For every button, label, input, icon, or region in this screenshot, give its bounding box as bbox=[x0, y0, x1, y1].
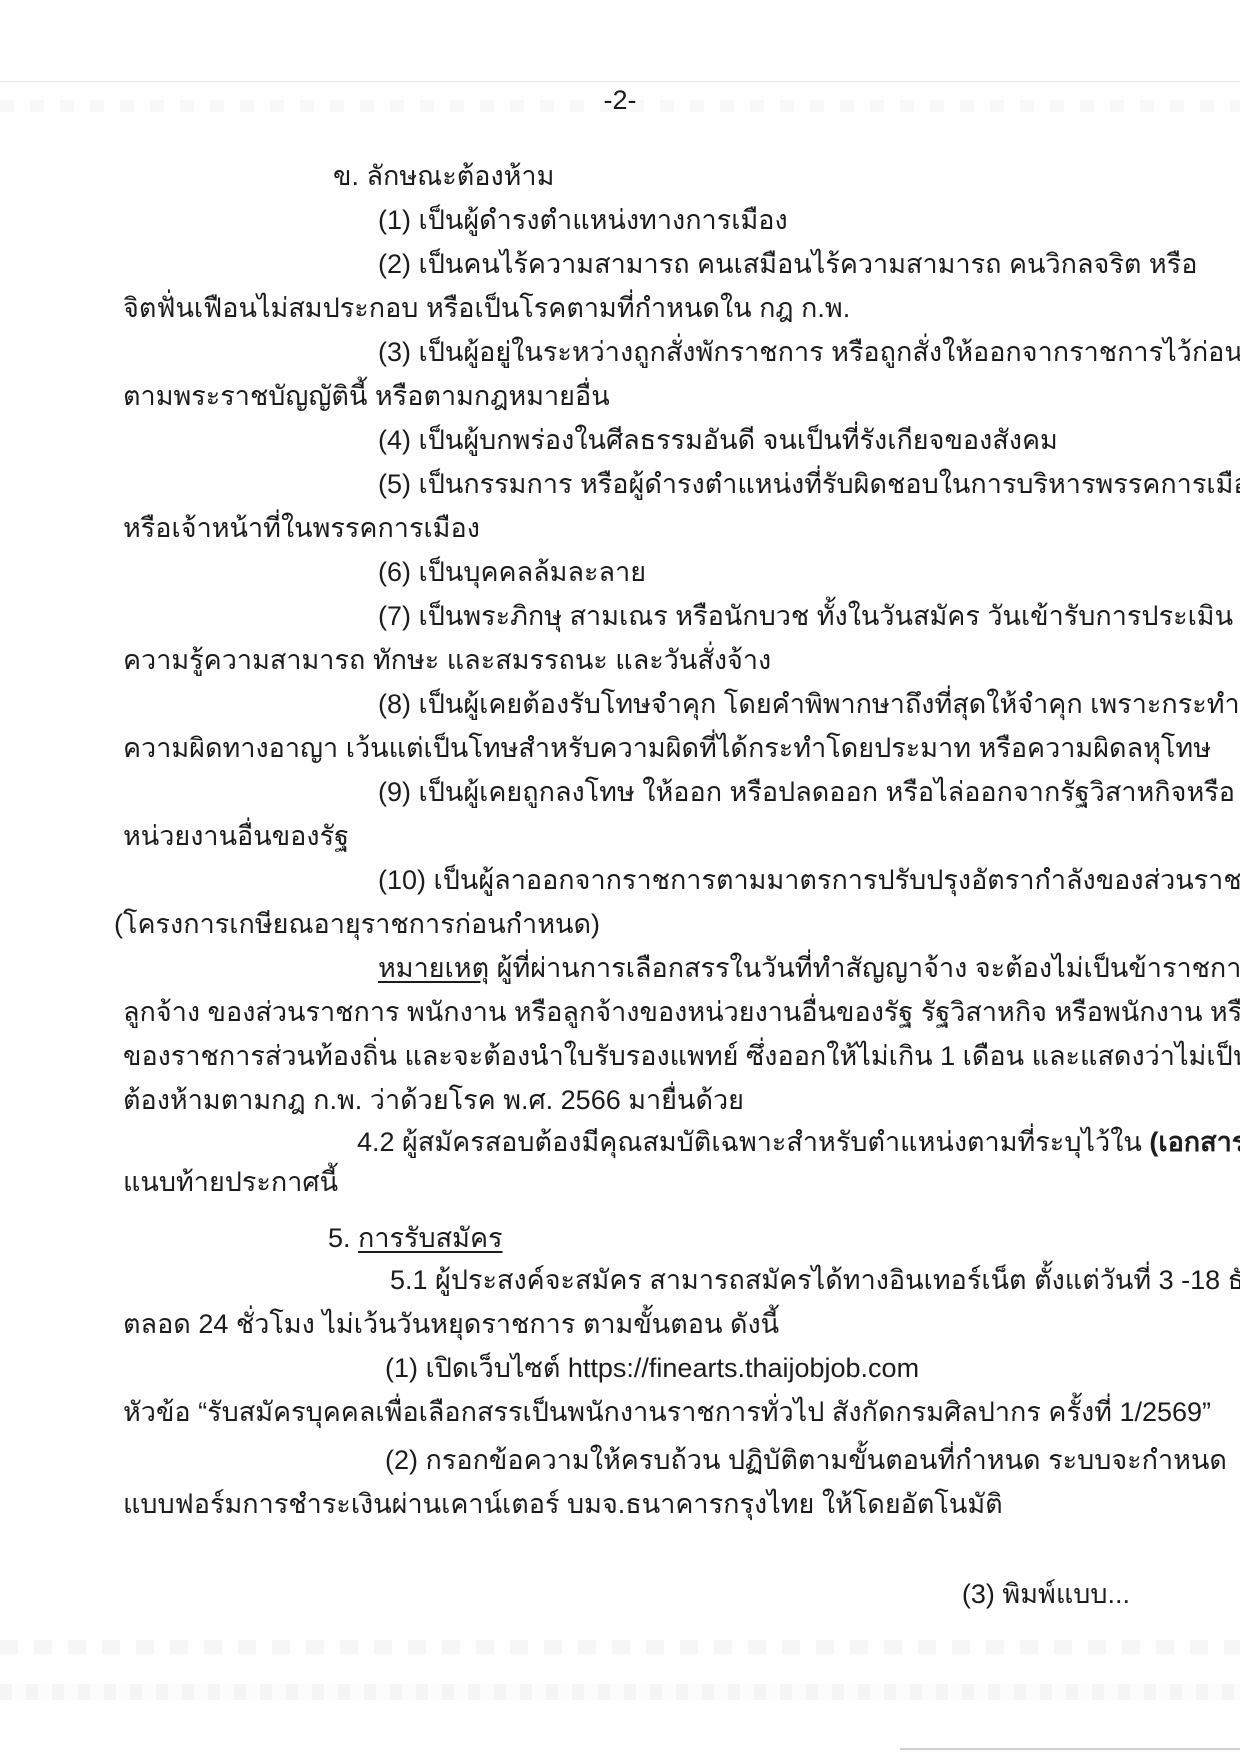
section-5-heading: 5. การรับสมัคร bbox=[328, 1222, 503, 1256]
clause-4-2-attachment-ref: (เอกสารหมายเลข 1) bbox=[1149, 1127, 1240, 1157]
prohibited-item-10-line-1: (10) เป็นผู้ลาออกจากราชการตามมาตรการปรับ… bbox=[378, 864, 1240, 898]
scan-artifact-bottom-noise bbox=[0, 1684, 1240, 1700]
note-line-2: ลูกจ้าง ของส่วนราชการ พนักงาน หรือลูกจ้า… bbox=[123, 996, 1240, 1030]
catchword-next-page: (3) พิมพ์แบบ... bbox=[962, 1578, 1130, 1612]
prohibited-item-4: (4) เป็นผู้บกพร่องในศีลธรรมอันดี จนเป็นท… bbox=[378, 424, 1058, 458]
clause-4-2-text: 4.2 ผู้สมัครสอบต้องมีคุณสมบัติเฉพาะสำหรั… bbox=[357, 1127, 1149, 1157]
clause-5-1-line-1: 5.1 ผู้ประสงค์จะสมัคร สามารถสมัครได้ทางอ… bbox=[390, 1264, 1240, 1298]
prohibited-item-7-line-1: (7) เป็นพระภิกษุ สามเณร หรือนักบวช ทั้งใ… bbox=[378, 600, 1233, 634]
prohibited-item-9-line-2: หน่วยงานอื่นของรัฐ bbox=[123, 820, 349, 854]
clause-4-2-line-1: 4.2 ผู้สมัครสอบต้องมีคุณสมบัติเฉพาะสำหรั… bbox=[357, 1126, 1240, 1160]
prohibited-item-1: (1) เป็นผู้ดำรงตำแหน่งทางการเมือง bbox=[378, 204, 788, 238]
clause-5-1-line-2: ตลอด 24 ชั่วโมง ไม่เว้นวันหยุดราชการ ตาม… bbox=[123, 1308, 779, 1342]
prohibited-item-7-line-2: ความรู้ความสามารถ ทักษะ และสมรรถนะ และวั… bbox=[123, 644, 771, 678]
scan-artifact-bottom-rule bbox=[900, 1748, 1240, 1750]
scan-artifact-top-rule bbox=[0, 81, 1240, 82]
prohibited-item-5-line-2: หรือเจ้าหน้าที่ในพรรคการเมือง bbox=[123, 512, 480, 546]
scan-artifact-bottom-noise bbox=[0, 1640, 1240, 1654]
prohibited-item-2-line-1: (2) เป็นคนไร้ความสามารถ คนเสมือนไร้ความส… bbox=[378, 248, 1197, 282]
note-label: หมายเหตุ bbox=[378, 953, 489, 983]
section-b-heading: ข. ลักษณะต้องห้าม bbox=[333, 160, 554, 194]
application-step-1-line-1: (1) เปิดเว็บไซต์ https://finearts.thaijo… bbox=[385, 1352, 919, 1386]
prohibited-item-3-line-1: (3) เป็นผู้อยู่ในระหว่างถูกสั่งพักราชการ… bbox=[378, 336, 1240, 370]
prohibited-item-8-line-1: (8) เป็นผู้เคยต้องรับโทษจำคุก โดยคำพิพาก… bbox=[378, 688, 1240, 722]
page-number: -2- bbox=[0, 84, 1240, 118]
application-step-2-line-1: (2) กรอกข้อความให้ครบถ้วน ปฏิบัติตามขั้น… bbox=[385, 1444, 1227, 1478]
clause-4-2-line-2: แนบท้ายประกาศนี้ bbox=[123, 1166, 338, 1200]
prohibited-item-5-line-1: (5) เป็นกรรมการ หรือผู้ดำรงตำแหน่งที่รับ… bbox=[378, 468, 1240, 502]
scanned-document-page: -2- ข. ลักษณะต้องห้าม (1) เป็นผู้ดำรงตำแ… bbox=[0, 0, 1240, 1755]
note-line-1-rest: ผู้ที่ผ่านการเลือกสรรในวันที่ทำสัญญาจ้าง… bbox=[489, 953, 1240, 983]
note-line-1: หมายเหตุ ผู้ที่ผ่านการเลือกสรรในวันที่ทำ… bbox=[378, 952, 1240, 986]
prohibited-item-6: (6) เป็นบุคคลล้มละลาย bbox=[378, 556, 646, 590]
application-step-1-line-2: หัวข้อ “รับสมัครบุคคลเพื่อเลือกสรรเป็นพน… bbox=[123, 1396, 1211, 1430]
prohibited-item-10-line-2: (โครงการเกษียณอายุราชการก่อนกำหนด) bbox=[114, 908, 600, 942]
prohibited-item-3-line-2: ตามพระราชบัญญัตินี้ หรือตามกฎหมายอื่น bbox=[123, 380, 610, 414]
prohibited-item-2-line-2: จิตฟั่นเฟือนไม่สมประกอบ หรือเป็นโรคตามที… bbox=[123, 292, 850, 326]
note-line-3: ของราชการส่วนท้องถิ่น และจะต้องนำใบรับรอ… bbox=[123, 1040, 1240, 1074]
section-5-title: การรับสมัคร bbox=[358, 1223, 503, 1253]
application-step-2-line-2: แบบฟอร์มการชำระเงินผ่านเคาน์เตอร์ บมจ.ธน… bbox=[123, 1488, 1003, 1522]
note-line-4: ต้องห้ามตามกฎ ก.พ. ว่าด้วยโรค พ.ศ. 2566 … bbox=[123, 1084, 744, 1118]
prohibited-item-8-line-2: ความผิดทางอาญา เว้นแต่เป็นโทษสำหรับความผ… bbox=[123, 732, 1211, 766]
prohibited-item-9-line-1: (9) เป็นผู้เคยถูกลงโทษ ให้ออก หรือปลดออก… bbox=[378, 776, 1235, 810]
section-5-number: 5. bbox=[328, 1223, 358, 1253]
